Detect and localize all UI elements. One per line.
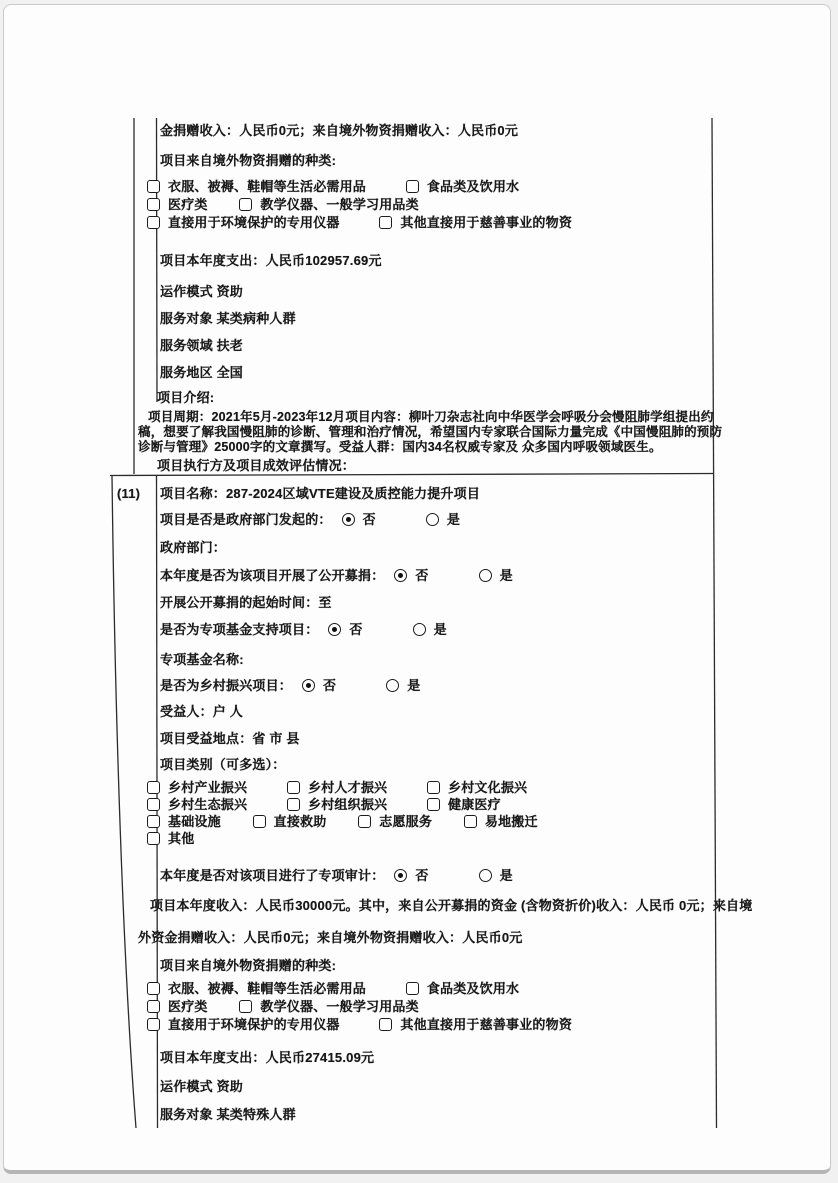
radio-no[interactable] xyxy=(394,869,407,882)
radio-yes-label: 是 xyxy=(500,568,513,583)
radio-no-label: 否 xyxy=(323,678,336,693)
category-row2: 乡村生态振兴 乡村组织振兴 健康医疗 xyxy=(147,797,501,813)
checkbox-label: 健康医疗 xyxy=(448,797,501,812)
operation-mode-line: 运作模式 资助 xyxy=(160,1079,243,1095)
beneficiaries-line: 受益人：户 人 xyxy=(160,704,243,720)
operation-mode-line: 运作模式 资助 xyxy=(160,284,243,300)
special-fund-name-line: 专项基金名称: xyxy=(160,652,244,668)
checkbox[interactable] xyxy=(379,216,392,229)
checkbox-label: 其他直接用于慈善事业的物资 xyxy=(400,215,572,230)
category-row1: 乡村产业振兴 乡村人才振兴 乡村文化振兴 xyxy=(147,780,527,796)
checkbox-label: 医疗类 xyxy=(168,999,208,1014)
checkbox-label: 教学仪器、一般学习用品类 xyxy=(260,197,418,212)
radio-yes[interactable] xyxy=(479,569,492,582)
checkbox-label: 乡村文化振兴 xyxy=(448,780,527,795)
radio-no[interactable] xyxy=(394,569,407,582)
radio-yes-label: 是 xyxy=(434,622,447,637)
checkbox-label: 乡村人才振兴 xyxy=(308,780,387,795)
checkbox[interactable] xyxy=(147,1000,160,1013)
checkbox-label: 其他直接用于慈善事业的物资 xyxy=(400,1017,572,1032)
category-label: 项目类别（可多选）： xyxy=(160,757,286,773)
income-tail-line: 金捐赠收入：人民币0元；来自境外物资捐赠收入：人民币0元 xyxy=(160,123,518,139)
category-row3: 基础设施 直接救助 志愿服务 易地搬迁 xyxy=(147,814,538,830)
checkbox[interactable] xyxy=(379,1018,392,1031)
question-rural-revitalization: 是否为乡村振兴项目：否是 xyxy=(160,678,420,694)
radio-yes-label: 是 xyxy=(500,868,513,883)
checkbox[interactable] xyxy=(147,815,160,828)
question-text: 是否为专项基金支持项目： xyxy=(160,622,318,637)
radio-no[interactable] xyxy=(302,679,315,692)
project-intro-line3: 诊断与管理》25000字的文章撰写。受益人群：国内34名权威专家及 众多国内呼吸… xyxy=(138,439,662,455)
checkbox-label: 直接救助 xyxy=(274,814,327,829)
annual-income-line2: 外资金捐赠收入：人民币0元；来自境外物资捐赠收入：人民币0元 xyxy=(138,930,522,946)
project-intro-line2: 稿，想要了解我国慢阻肺的诊断、管理和治疗情况，希望国内专家联合国际力量完成《中国… xyxy=(138,424,722,440)
radio-no-label: 否 xyxy=(363,512,376,527)
goods-kinds-label: 项目来自境外物资捐赠的种类: xyxy=(160,153,336,169)
goods-kinds-row3: 直接用于环境保护的专用仪器 其他直接用于慈善事业的物资 xyxy=(147,215,572,231)
checkbox-label: 乡村产业振兴 xyxy=(168,780,247,795)
checkbox[interactable] xyxy=(464,815,477,828)
annual-income-line1: 项目本年度收入：人民币30000元。其中，来自公开募捐的资金 (含物资折价)收入… xyxy=(150,898,752,914)
checkbox[interactable] xyxy=(147,180,160,193)
checkbox[interactable] xyxy=(147,982,160,995)
checkbox[interactable] xyxy=(239,198,252,211)
radio-yes[interactable] xyxy=(479,869,492,882)
checkbox-label: 衣服、被褥、鞋帽等生活必需用品 xyxy=(168,179,366,194)
checkbox-label: 易地搬迁 xyxy=(485,814,538,829)
checkbox-label: 直接用于环境保护的专用仪器 xyxy=(168,215,340,230)
radio-no-label: 否 xyxy=(415,868,428,883)
checkbox-label: 医疗类 xyxy=(168,197,208,212)
question-public-fundraising: 本年度是否为该项目开展了公开募捐：否是 xyxy=(160,568,513,584)
radio-no[interactable] xyxy=(342,513,355,526)
checkbox-label: 教学仪器、一般学习用品类 xyxy=(260,999,418,1014)
goods-kinds-row3: 直接用于环境保护的专用仪器 其他直接用于慈善事业的物资 xyxy=(147,1017,572,1033)
checkbox[interactable] xyxy=(147,198,160,211)
checkbox[interactable] xyxy=(147,798,160,811)
checkbox-label: 其他 xyxy=(168,831,194,846)
question-special-fund: 是否为专项基金支持项目：否是 xyxy=(160,622,447,638)
category-row4: 其他 xyxy=(147,831,194,847)
checkbox[interactable] xyxy=(287,798,300,811)
checkbox[interactable] xyxy=(147,832,160,845)
radio-no-label: 否 xyxy=(349,622,362,637)
checkbox-label: 食品类及饮用水 xyxy=(427,981,519,996)
goods-kinds-row2: 医疗类 教学仪器、一般学习用品类 xyxy=(147,999,419,1015)
fundraising-period-line: 开展公开募捐的起始时间：至 xyxy=(160,595,332,611)
checkbox-label: 乡村组织振兴 xyxy=(308,797,387,812)
checkbox-label: 衣服、被褥、鞋帽等生活必需用品 xyxy=(168,981,366,996)
service-field-line: 服务领域 扶老 xyxy=(160,338,243,354)
checkbox-label: 乡村生态振兴 xyxy=(168,797,247,812)
goods-kinds-row1: 衣服、被褥、鞋帽等生活必需用品 食品类及饮用水 xyxy=(147,981,519,997)
executor-evaluation-label: 项目执行方及项目成效评估情况： xyxy=(157,458,355,474)
annual-expense-line: 项目本年度支出：人民币102957.69元 xyxy=(160,253,382,269)
project-intro-line1: 项目周期：2021年5月-2023年12月项目内容：柳叶刀杂志社向中华医学会呼吸… xyxy=(148,409,714,425)
annual-expense-line: 项目本年度支出：人民币27415.09元 xyxy=(160,1050,374,1066)
checkbox-label: 志愿服务 xyxy=(379,814,432,829)
checkbox[interactable] xyxy=(147,781,160,794)
question-text: 本年度是否对该项目进行了专项审计： xyxy=(160,868,384,883)
checkbox[interactable] xyxy=(358,815,371,828)
checkbox[interactable] xyxy=(253,815,266,828)
project-name-line: 项目名称：287-2024区域VTE建设及质控能力提升项目 xyxy=(160,486,480,502)
question-text: 本年度是否为该项目开展了公开募捐： xyxy=(160,568,384,583)
checkbox[interactable] xyxy=(406,982,419,995)
goods-kinds-label: 项目来自境外物资捐赠的种类: xyxy=(160,958,336,974)
gov-dept-line: 政府部门： xyxy=(160,540,226,556)
checkbox[interactable] xyxy=(427,798,440,811)
project-intro-label: 项目介绍: xyxy=(157,390,214,406)
radio-yes-label: 是 xyxy=(447,512,460,527)
checkbox[interactable] xyxy=(427,781,440,794)
checkbox-label: 直接用于环境保护的专用仪器 xyxy=(168,1017,340,1032)
goods-kinds-row1: 衣服、被褥、鞋帽等生活必需用品 食品类及饮用水 xyxy=(147,179,519,195)
radio-yes[interactable] xyxy=(413,623,426,636)
checkbox[interactable] xyxy=(147,1018,160,1031)
service-target-line: 服务对象 某类病种人群 xyxy=(160,311,296,327)
goods-kinds-row2: 医疗类 教学仪器、一般学习用品类 xyxy=(147,197,419,213)
radio-yes[interactable] xyxy=(386,679,399,692)
checkbox[interactable] xyxy=(287,781,300,794)
item-index: (11) xyxy=(117,486,140,502)
checkbox[interactable] xyxy=(147,216,160,229)
checkbox[interactable] xyxy=(239,1000,252,1013)
service-target-line: 服务对象 某类特殊人群 xyxy=(160,1107,296,1123)
service-area-line: 服务地区 全国 xyxy=(160,365,243,381)
question-special-audit: 本年度是否对该项目进行了专项审计：否是 xyxy=(160,868,513,884)
question-text: 项目是否是政府部门发起的： xyxy=(160,512,332,527)
radio-no[interactable] xyxy=(328,623,341,636)
checkbox[interactable] xyxy=(406,180,419,193)
benefit-location-line: 项目受益地点：省 市 县 xyxy=(160,731,300,747)
question-text: 是否为乡村振兴项目： xyxy=(160,678,292,693)
radio-yes[interactable] xyxy=(426,513,439,526)
radio-yes-label: 是 xyxy=(407,678,420,693)
checkbox-label: 基础设施 xyxy=(168,814,221,829)
radio-no-label: 否 xyxy=(415,568,428,583)
checkbox-label: 食品类及饮用水 xyxy=(427,179,519,194)
question-gov-initiated: 项目是否是政府部门发起的：否是 xyxy=(160,512,460,528)
